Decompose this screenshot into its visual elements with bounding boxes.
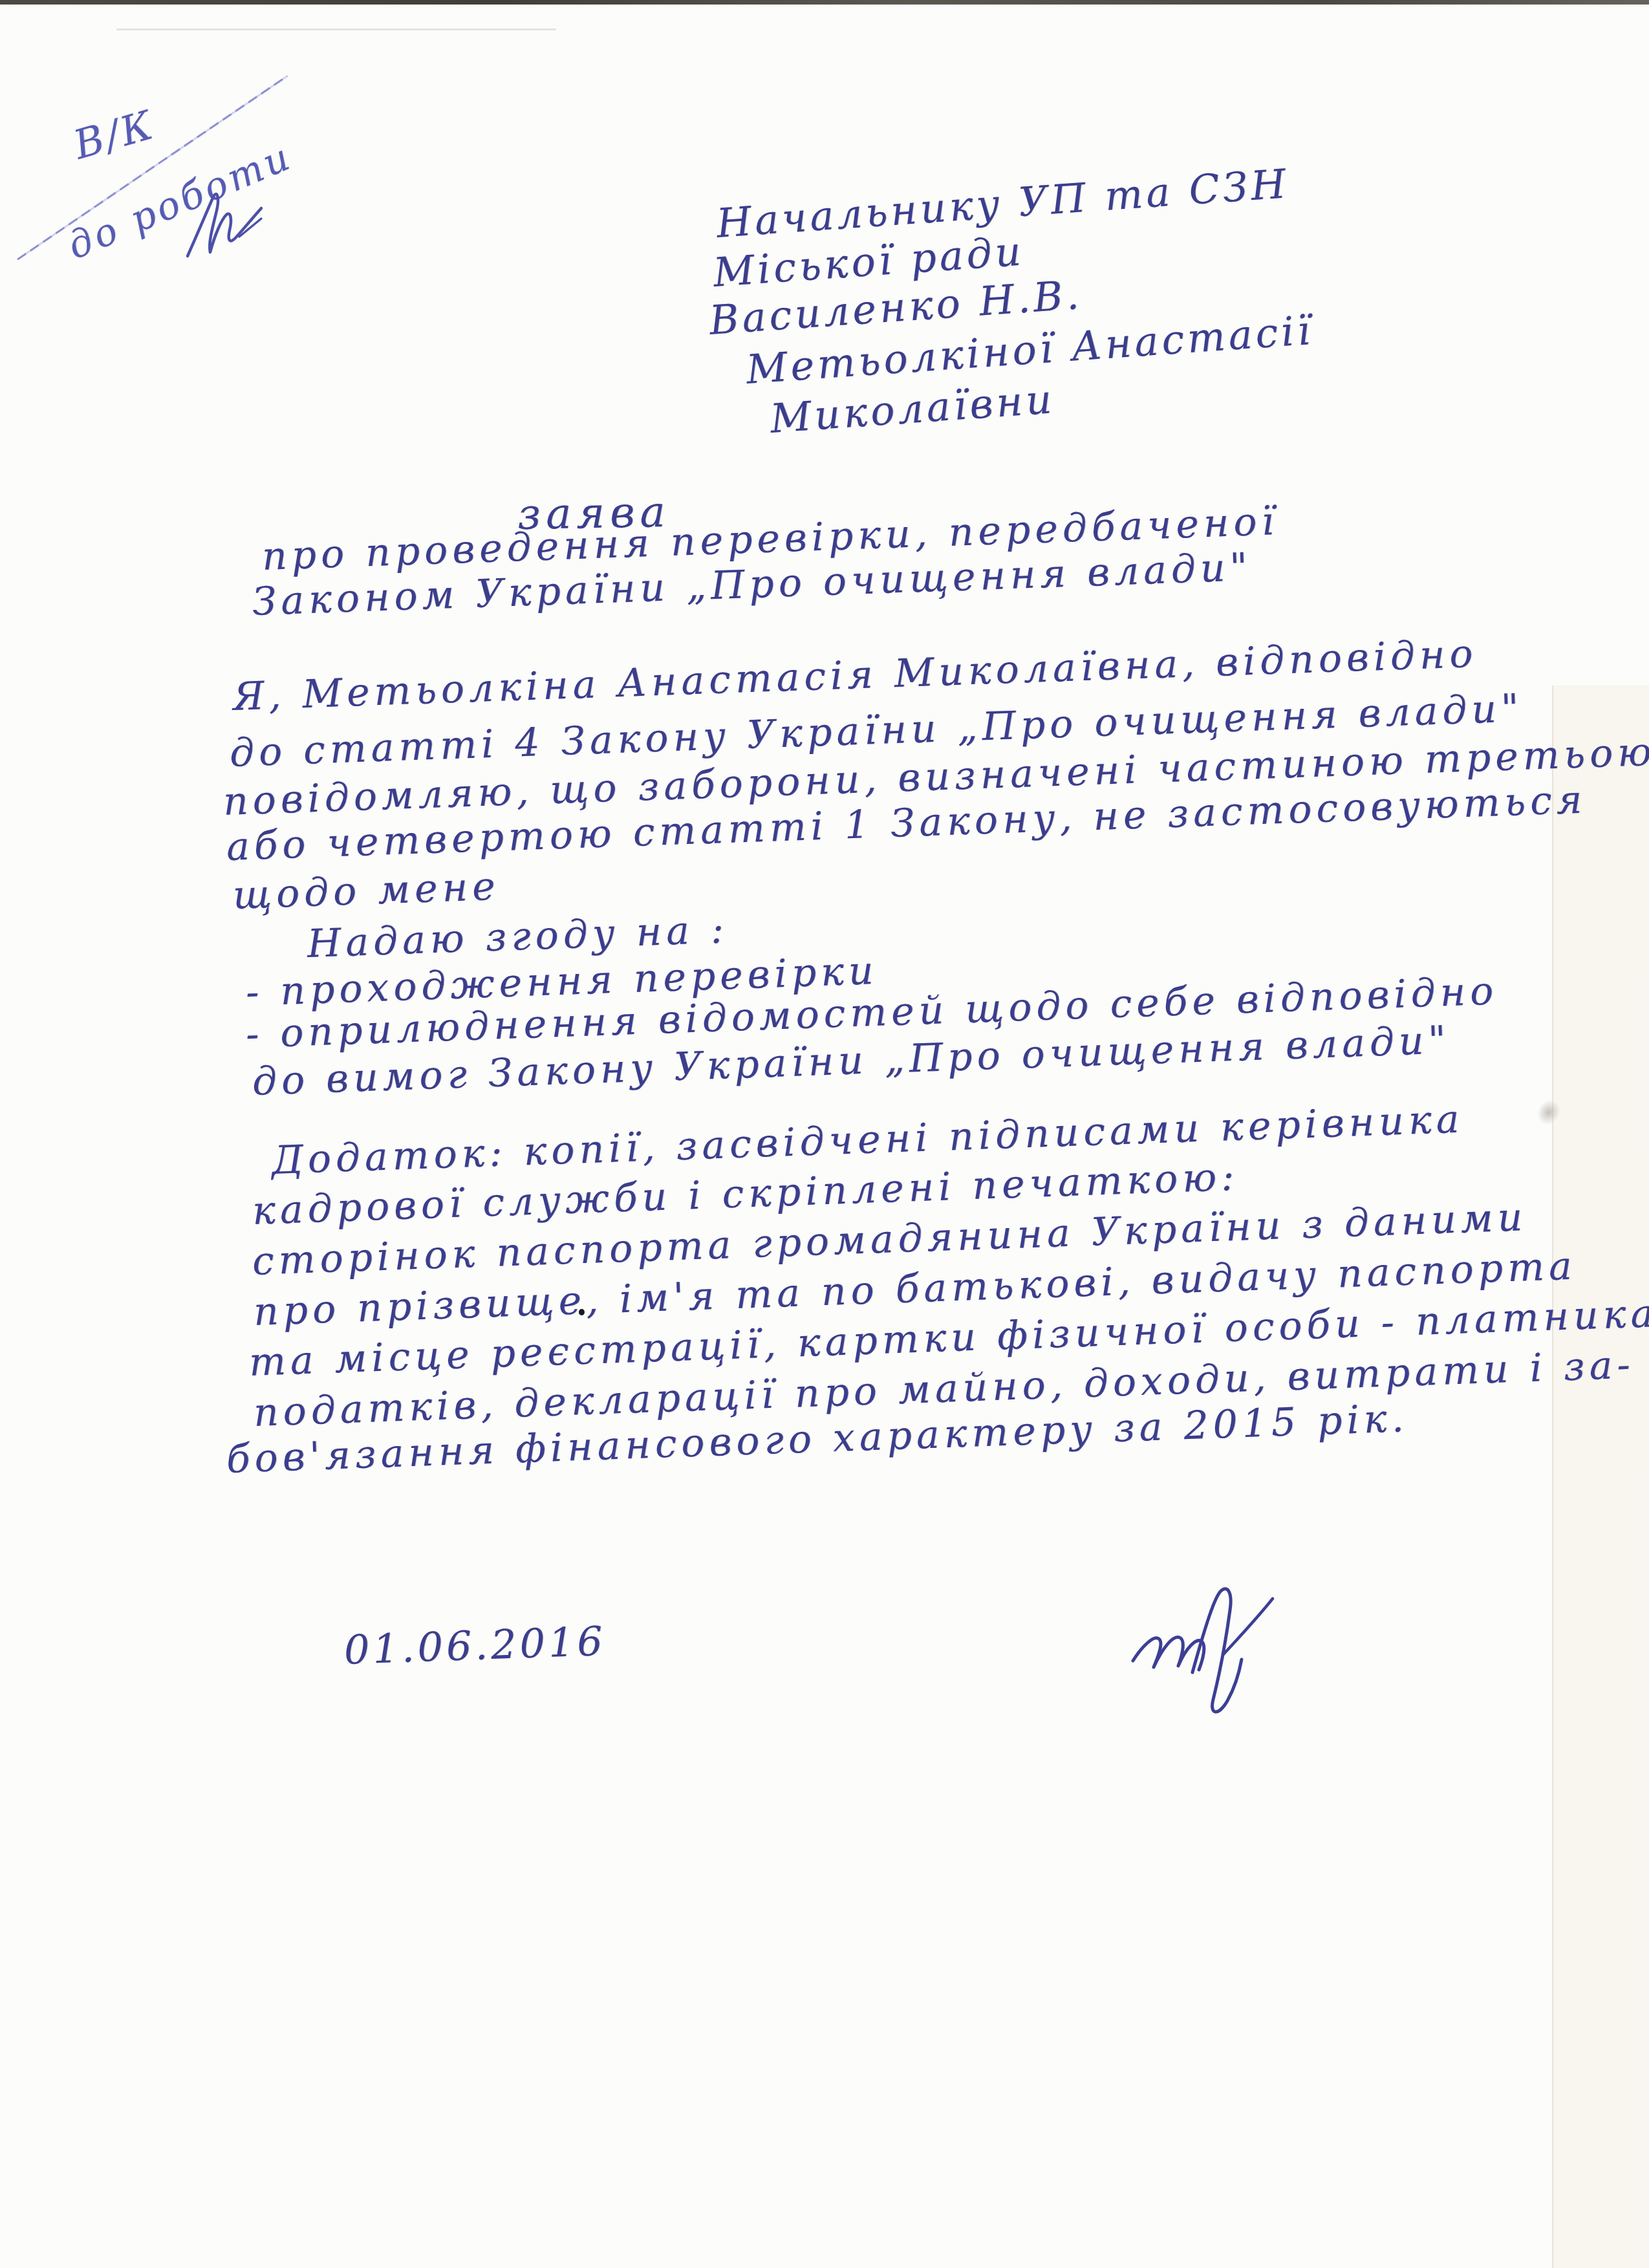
paper-crease (1552, 686, 1553, 2268)
document-date: 01.06.2016 (343, 1619, 607, 1672)
scanned-document-page: В/К до роботи Начальнику УП та СЗН Міськ… (0, 0, 1649, 2268)
scan-streak-artifact (116, 28, 556, 30)
annotation-signature (181, 186, 265, 263)
body-line: щодо мене (232, 865, 501, 917)
paper-edge-band (1553, 686, 1649, 2268)
annotation-code: В/К (69, 102, 160, 167)
applicant-signature (1120, 1578, 1278, 1717)
scan-edge-artifact (0, 0, 1649, 5)
